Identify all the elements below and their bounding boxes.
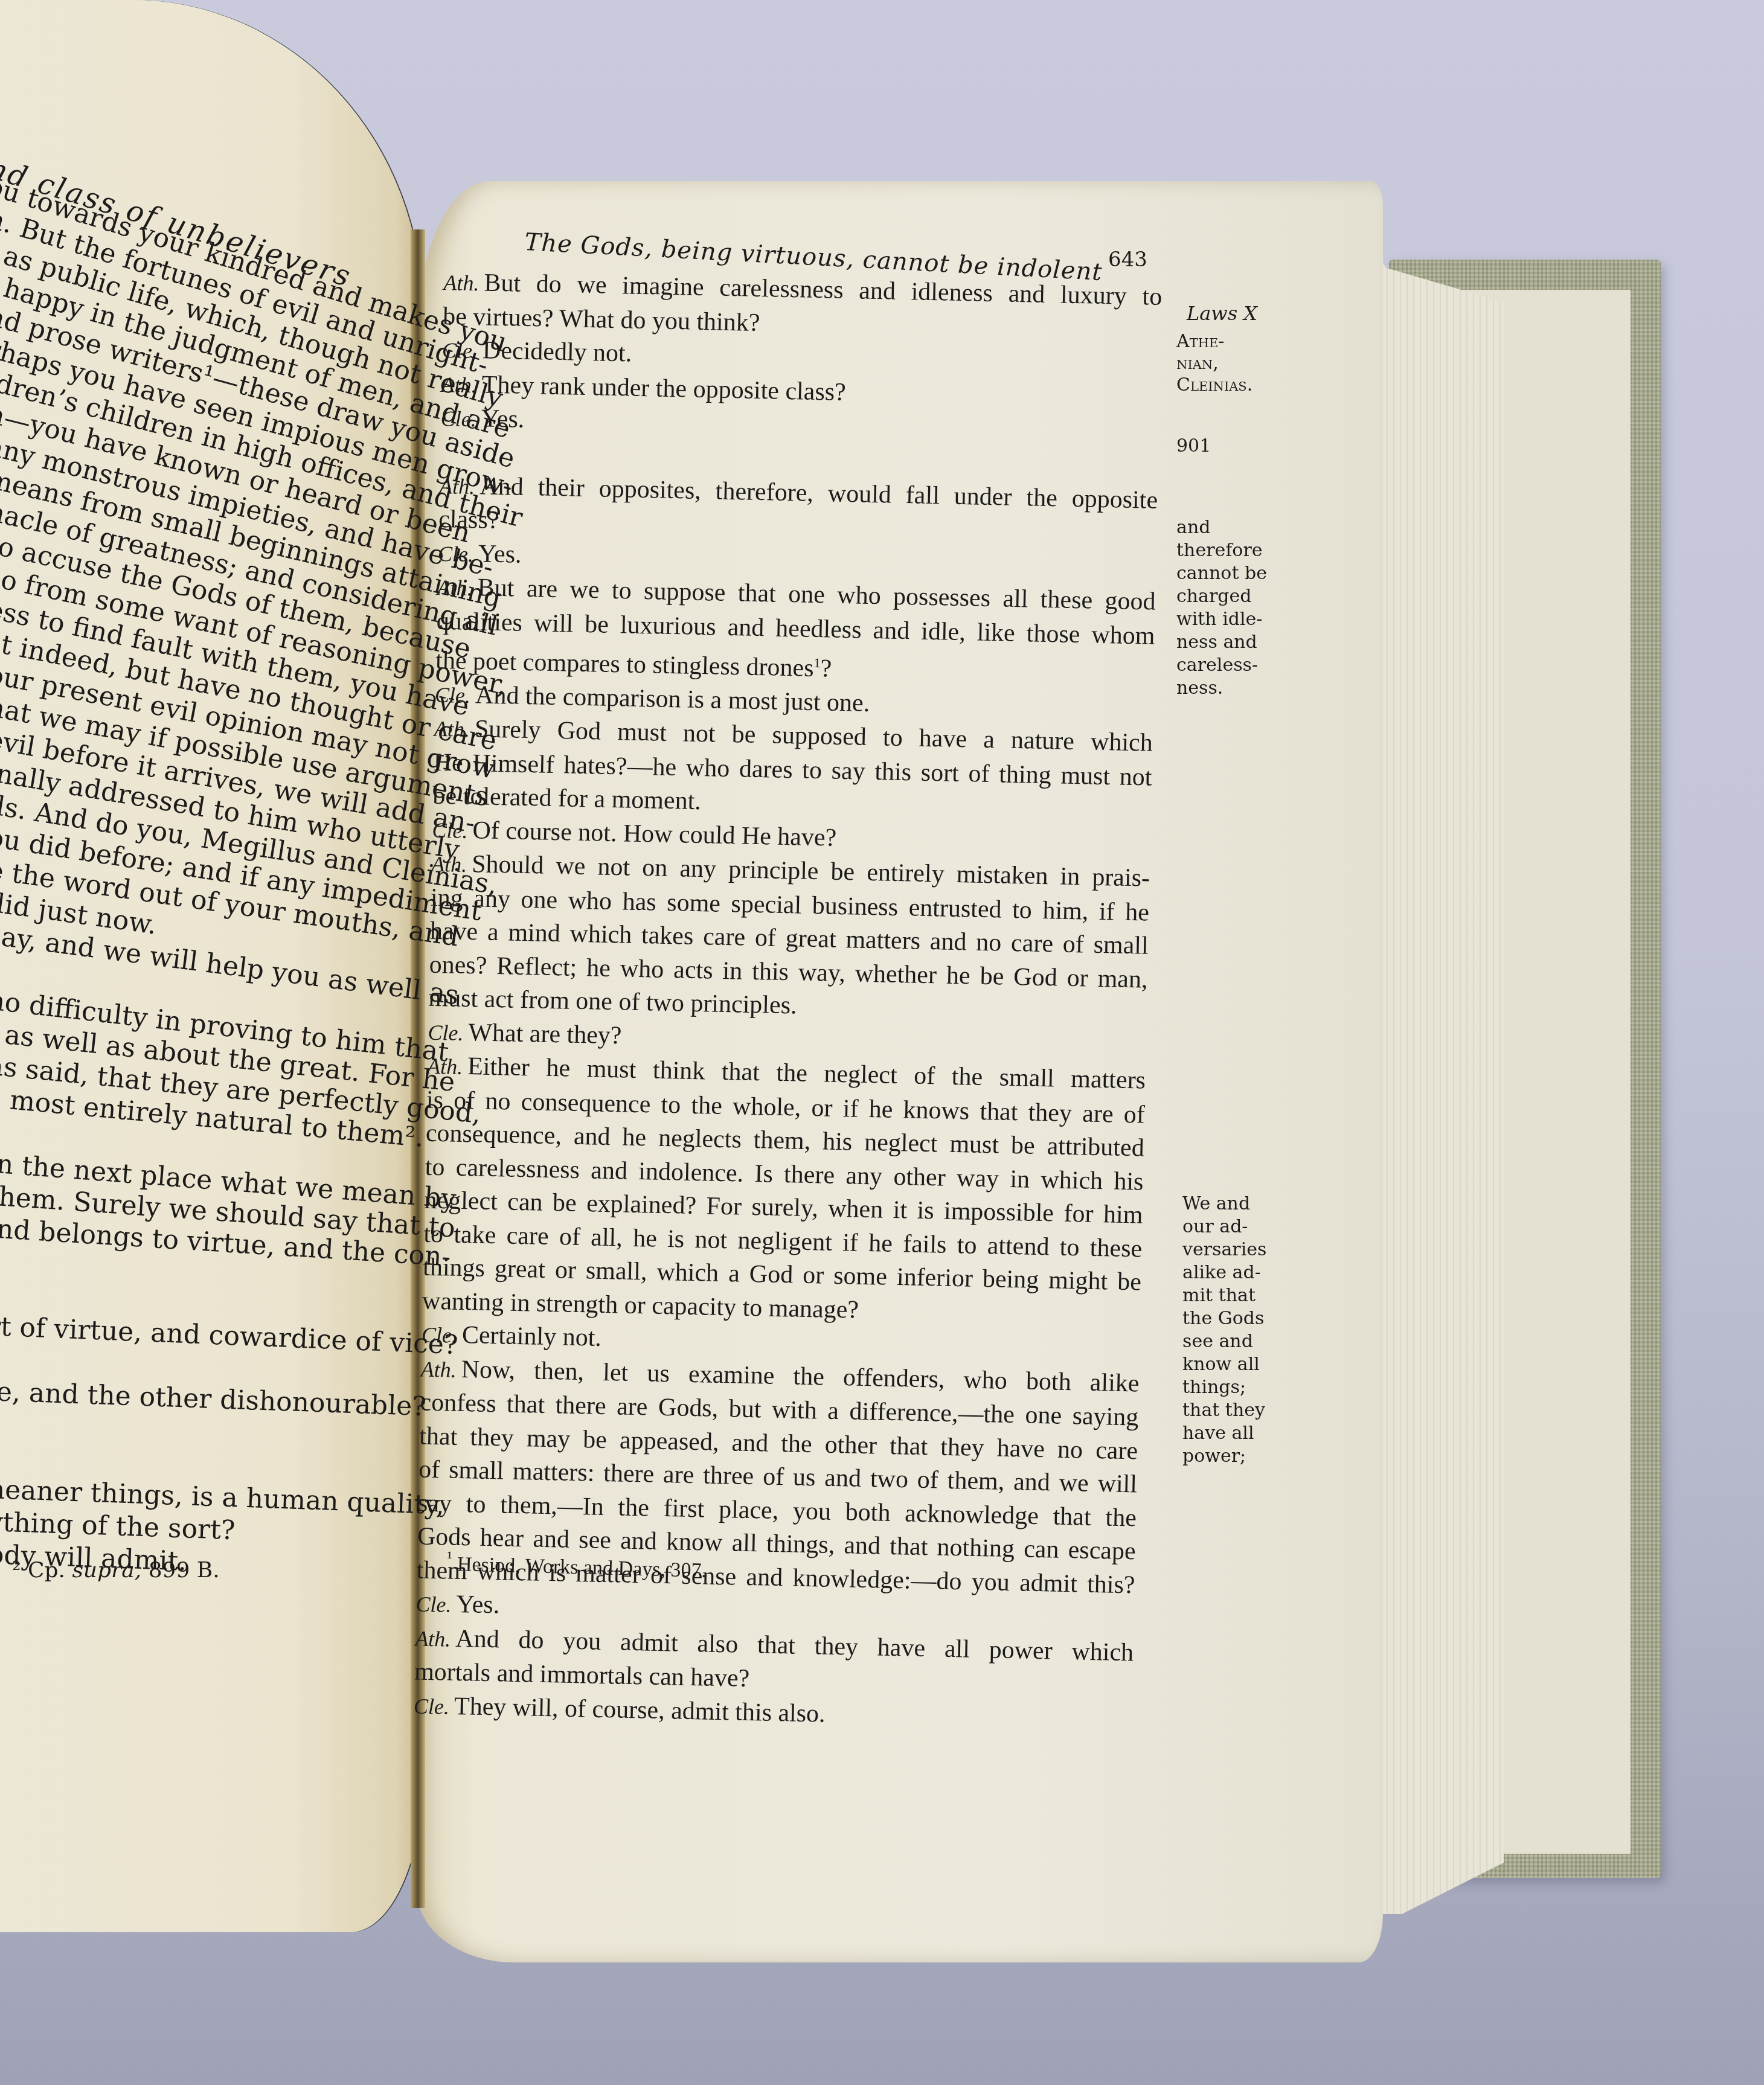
margin-note-line: therefore	[1176, 539, 1267, 562]
line-text: Yes.	[456, 1590, 500, 1619]
margin-book-title: Laws X	[1187, 302, 1257, 325]
line-text: What are they?	[468, 1019, 622, 1049]
margin-note-line: ness and	[1176, 631, 1267, 654]
margin-note-line: nian,	[1176, 353, 1252, 374]
line-text: mortals and immortals can have?	[414, 1657, 750, 1693]
footnote-suffix: 899 B.	[149, 1558, 220, 1583]
line-text: Yes.	[481, 405, 525, 433]
speaker-label: Ath.	[434, 717, 470, 741]
margin-note-line: versaries	[1182, 1238, 1266, 1261]
margin-note-line: charged	[1176, 585, 1267, 608]
speaker-label: Ath.	[427, 1054, 463, 1079]
footnote-italic: supra,	[72, 1558, 141, 1583]
margin-note-line: cannot be	[1176, 562, 1267, 585]
speaker-label: Ath.	[439, 473, 475, 498]
margin-note-line: our ad-	[1182, 1215, 1266, 1238]
margin-note-line: Athe-	[1176, 331, 1252, 353]
margin-note-line: that they	[1182, 1399, 1266, 1422]
margin-stephanus-ref: 901	[1176, 435, 1211, 458]
margin-note-gods-power: We andour ad-versariesalike ad-mit thatt…	[1182, 1193, 1266, 1468]
left-footnote: ² Cp. supra, 899 B.	[12, 1558, 220, 1583]
speaker-label: Cle.	[432, 818, 468, 842]
speaker-label: Ath.	[415, 1626, 451, 1651]
margin-note-line: see and	[1182, 1330, 1266, 1353]
margin-speakers: Athe-nian,Cleinias.	[1176, 331, 1252, 396]
line-text: Decidedly not.	[483, 336, 632, 367]
speaker-label: Cle.	[428, 1020, 464, 1045]
line-text: Of course not. How could He have?	[472, 816, 837, 852]
margin-note-line: We and	[1182, 1193, 1266, 1215]
line-text: class?	[438, 505, 499, 534]
speaker-label: Cle.	[440, 406, 476, 431]
line-text: Yes.	[478, 540, 522, 568]
margin-note-line: Cleinias.	[1176, 374, 1252, 396]
margin-note-line: know all	[1182, 1353, 1266, 1376]
margin-note-line: with idle-	[1176, 608, 1267, 631]
footnote-marker: ²	[12, 1558, 21, 1583]
margin-note-line: things;	[1182, 1376, 1266, 1399]
speaker-label: Ath.	[431, 852, 467, 877]
right-page-body: Ath.But do we imagine carelessness and i…	[413, 266, 1162, 1738]
footnote-prefix: Cp.	[28, 1558, 65, 1583]
line-text: They will, of course, admit this also.	[454, 1692, 826, 1728]
line-text: They rank under the opposite class?	[481, 371, 846, 406]
speaker-label: Ath.	[443, 271, 479, 295]
speaker-label: Ath.	[420, 1357, 457, 1382]
footnote-marker: ¹	[447, 1548, 452, 1567]
photo-scene: nd class of unbelievers ou towards your …	[0, 0, 1764, 2085]
margin-note-line: careless-	[1176, 654, 1267, 677]
margin-note-line: ness.	[1176, 677, 1267, 700]
speaker-label: Cle.	[421, 1323, 457, 1348]
speaker-label: Ath.	[437, 575, 473, 600]
speaker-label: Cle.	[414, 1694, 450, 1718]
page-number: 643	[1108, 248, 1147, 272]
line-text: be tolerated for a moment.	[432, 782, 701, 815]
line-text: Certainly not.	[461, 1321, 601, 1352]
footnote-ref: 1	[813, 655, 821, 670]
margin-note-line: alike ad-	[1182, 1261, 1266, 1284]
margin-note-line: mit that	[1182, 1284, 1266, 1307]
speaker-label: Cle.	[442, 338, 478, 363]
line-text: wanting in strength or capacity to manag…	[422, 1287, 859, 1324]
speaker-label: Cle.	[435, 682, 471, 707]
margin-note-line: and	[1176, 516, 1267, 539]
left-page-body: ou towards your kindred and makes youn. …	[0, 169, 435, 1571]
margin-note-idleness: andthereforecannot bechargedwith idle-ne…	[1176, 516, 1267, 700]
line-text: must act from one of two principles.	[428, 984, 797, 1020]
line-text: be virtues? What do you think?	[443, 302, 760, 336]
margin-note-line: the Gods	[1182, 1307, 1266, 1330]
line-text: And the comparison is a most just one.	[475, 681, 870, 717]
margin-note-line: power;	[1182, 1445, 1266, 1468]
speaker-label: Ath.	[441, 372, 477, 397]
speaker-label: Cle.	[415, 1592, 452, 1617]
speaker-label: Cle.	[438, 541, 474, 566]
margin-note-line: have all	[1182, 1422, 1266, 1445]
line-text: the poet compares to stingless drones	[435, 647, 814, 682]
